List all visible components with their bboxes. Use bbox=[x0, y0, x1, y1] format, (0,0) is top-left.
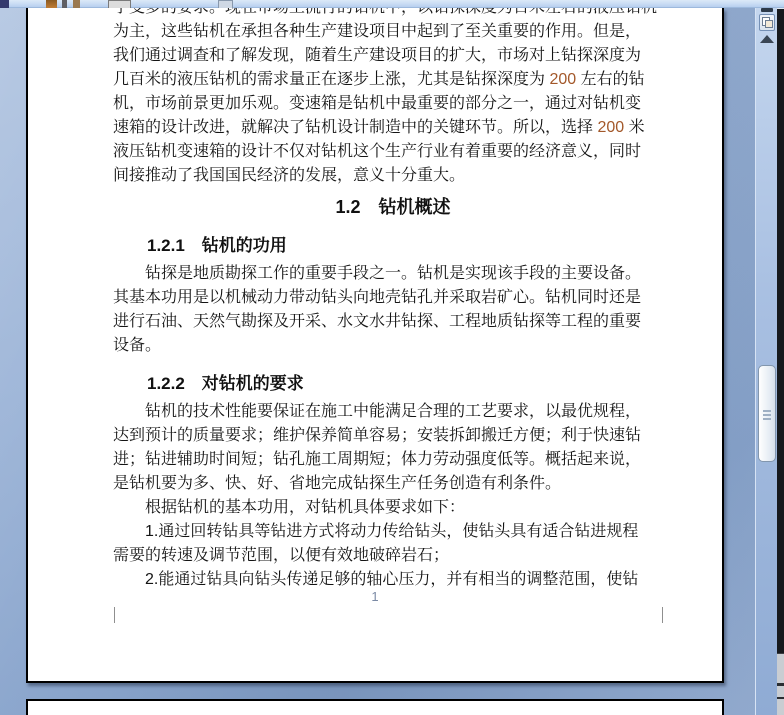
paragraph-requirements[interactable]: 钻机的技术性能要保证在施工中能满足合理的工艺要求，以最优规程，达到预计的质量要求… bbox=[113, 400, 673, 496]
text-line[interactable]: 速箱的设计改进，就解决了钻机设计制造中的关键环节。所以，选择 200 米 bbox=[113, 116, 673, 140]
paragraph-intro[interactable]: 于变多的要求。现在市场上流行的钻机中，以钻探深度为百米左右的液压钻机为主，这些钻… bbox=[113, 8, 673, 188]
document-page-2[interactable] bbox=[26, 699, 724, 715]
split-handle[interactable] bbox=[761, 8, 773, 12]
scrollbar-thumb[interactable] bbox=[758, 365, 776, 462]
text-line[interactable]: 为主，这些钻机在承担各种生产建设项目中起到了至关重要的作用。但是， bbox=[113, 20, 673, 44]
text-line[interactable]: 于变多的要求。现在市场上流行的钻机中，以钻探深度为百米左右的液压钻机 bbox=[113, 8, 673, 20]
paragraph-function[interactable]: 钻探是地质勘探工作的重要手段之一。钻机是实现该手段的主要设备。其基本功用是以机械… bbox=[113, 262, 673, 358]
highlighted-number: 200 bbox=[597, 119, 624, 136]
page-number: 1 bbox=[28, 589, 722, 604]
text-line[interactable]: 我们通过调查和了解发现，随着生产建设项目的扩大，市场对上钻探深度为 bbox=[113, 44, 673, 68]
document-workspace: 于变多的要求。现在市场上流行的钻机中，以钻探深度为百米左右的液压钻机为主，这些钻… bbox=[0, 8, 777, 715]
background-fragment-bottom bbox=[777, 653, 784, 715]
toolbar-icon-fragment-navy[interactable] bbox=[0, 0, 9, 8]
toolbar-icon-fragment-tan[interactable] bbox=[73, 0, 80, 8]
text-line[interactable]: 几百米的液压钻机的需求量正在逐步上涨，尤其是钻探深度为 200 左右的钻 bbox=[113, 68, 673, 92]
heading-1-2-2[interactable]: 1.2.2 对钻机的要求 bbox=[113, 372, 673, 396]
text-line[interactable]: 钻探是地质勘探工作的重要手段之一。钻机是实现该手段的主要设备。 bbox=[113, 262, 673, 286]
view-ruler-button[interactable] bbox=[759, 14, 775, 31]
toolbar-button-fragment-2[interactable] bbox=[218, 0, 233, 8]
text-line[interactable]: 进行石油、天然气勘探及开采、水文水井钻探、工程地质钻探等工程的重要 bbox=[113, 310, 673, 334]
toolbar-bottom-edge bbox=[0, 0, 784, 8]
toolbar-button-fragment[interactable] bbox=[108, 0, 131, 8]
margin-mark-left bbox=[114, 607, 115, 623]
margin-mark-right bbox=[662, 607, 663, 623]
text-line[interactable]: 进；钻进辅助时间短；钻孔施工周期短；体力劳动强度低等。概括起来说， bbox=[113, 448, 673, 472]
background-window-edge bbox=[777, 0, 784, 715]
scroll-up-arrow-icon[interactable] bbox=[760, 35, 774, 43]
text-line[interactable]: 根据钻机的基本功用，对钻机具体要求如下： bbox=[113, 496, 673, 520]
highlighted-number: 200 bbox=[549, 71, 576, 88]
text-line[interactable]: 1.通过回转钻具等钻进方式将动力传给钻头，使钻头具有适合钻进规程 bbox=[113, 520, 673, 544]
paragraph-requirement-list[interactable]: 根据钻机的基本功用，对钻机具体要求如下： 1.通过回转钻具等钻进方式将动力传给钻… bbox=[113, 496, 673, 592]
page-text[interactable]: 于变多的要求。现在市场上流行的钻机中，以钻探深度为百米左右的液压钻机为主，这些钻… bbox=[113, 8, 673, 592]
text-line[interactable]: 需要的转速及调节范围，以便有效地破碎岩石； bbox=[113, 544, 673, 568]
word-window: 于变多的要求。现在市场上流行的钻机中，以钻探深度为百米左右的液压钻机为主，这些钻… bbox=[0, 0, 784, 715]
text-line[interactable]: 间接推动了我国国民经济的发展，意义十分重大。 bbox=[113, 164, 673, 188]
heading-1-2[interactable]: 1.2 钻机概述 bbox=[113, 194, 673, 220]
ruler-button-page-icon-2 bbox=[765, 20, 773, 28]
heading-1-2-1[interactable]: 1.2.1 钻机的功用 bbox=[113, 234, 673, 258]
scrollbar-thumb-grip bbox=[763, 410, 771, 412]
text-line[interactable]: 达到预计的质量要求；维护保养简单容易；安装拆卸搬迁方便；利于快速钻 bbox=[113, 424, 673, 448]
text-line[interactable]: 是钻机要为多、快、好、省地完成钻探生产任务创造有利条件。 bbox=[113, 472, 673, 496]
text-line[interactable]: 机，市场前景更加乐观。变速箱是钻机中最重要的部分之一，通过对钻机变 bbox=[113, 92, 673, 116]
text-line[interactable]: 钻机的技术性能要保证在施工中能满足合理的工艺要求，以最优规程， bbox=[113, 400, 673, 424]
text-line[interactable]: 液压钻机变速箱的设计不仅对钻机这个生产行业有着重要的经济意义，同时 bbox=[113, 140, 673, 164]
text-line[interactable]: 其基本功用是以机械动力带动钻头向地壳钻孔并采取岩矿心。钻机同时还是 bbox=[113, 286, 673, 310]
toolbar-icon-fragment-dark[interactable] bbox=[62, 0, 67, 8]
text-line[interactable]: 设备。 bbox=[113, 334, 673, 358]
toolbar-icon-fragment-orange[interactable] bbox=[46, 0, 57, 8]
vertical-scrollbar[interactable] bbox=[755, 8, 777, 715]
document-page-1[interactable]: 于变多的要求。现在市场上流行的钻机中，以钻探深度为百米左右的液压钻机为主，这些钻… bbox=[26, 8, 724, 683]
